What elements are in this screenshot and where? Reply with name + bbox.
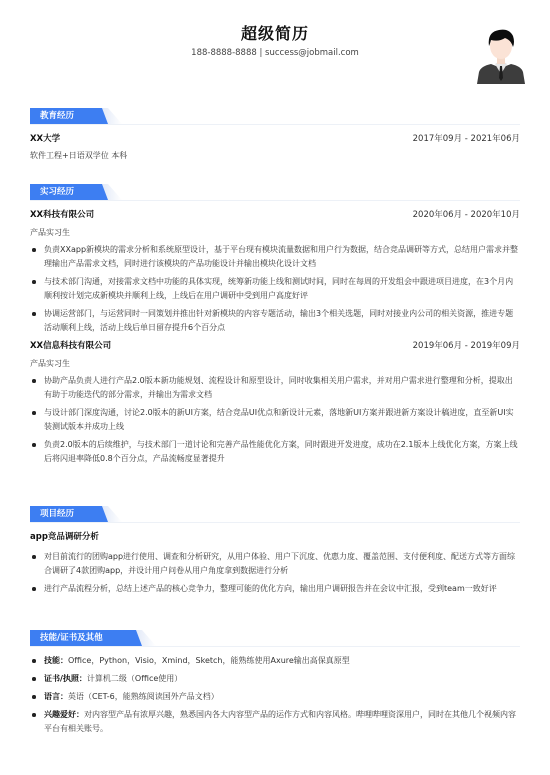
bullet-icon — [32, 443, 36, 447]
internship-entry: XX信息科技有限公司 2019年06月 - 2019年09月 — [30, 339, 520, 353]
section-projects: 项目经历 app竞品调研分析 对目前流行的团购app进行使用、调查和分析研究，从… — [30, 506, 520, 600]
section-title-projects: 项目经历 — [30, 506, 108, 522]
skills-list: 技能：Office，Python，Visio，Xmind，Sketch，能熟练使… — [30, 654, 520, 736]
list-item: 与设计部门深度沟通，讨论2.0版本的新UI方案，结合竞品UI优点和新设计元素，落… — [30, 406, 520, 434]
project-name: app竞品调研分析 — [30, 530, 99, 542]
candidate-name: 超级简历 — [0, 21, 550, 44]
bullet-icon — [32, 379, 36, 383]
contact-info: 188-8888-8888 | success@jobmail.com — [0, 48, 550, 58]
section-title-internship: 实习经历 — [30, 184, 108, 200]
section-header: 教育经历 — [30, 108, 520, 126]
school-name: XX大学 — [30, 132, 60, 144]
education-date: 2017年09月 - 2021年06月 — [413, 132, 520, 144]
education-detail: 软件工程+日语双学位 本科 — [30, 150, 520, 162]
bullet-icon — [32, 677, 36, 681]
list-item: 协助产品负责人进行产品2.0版本新功能规划、流程设计和原型设计，同时收集相关用户… — [30, 374, 520, 402]
internship-entry: XX科技有限公司 2020年06月 - 2020年10月 — [30, 208, 520, 222]
list-item: 进行产品流程分析，总结上述产品的核心竞争力，整理可能的优化方向，输出用户调研报告… — [30, 582, 520, 596]
person-avatar-icon — [471, 24, 531, 84]
section-header: 实习经历 — [30, 184, 520, 202]
bullet-icon — [32, 555, 36, 559]
section-title-skills: 技能/证书及其他 — [30, 630, 142, 646]
bullet-icon — [32, 280, 36, 284]
list-item: 对目前流行的团购app进行使用、调查和分析研究，从用户体验、用户下沉度、优惠力度… — [30, 550, 520, 578]
list-item: 与技术部门沟通，对接需求文档中功能的具体实现，统筹新功能上线和测试时间，同时在每… — [30, 275, 520, 303]
list-item: 负责2.0版本的后续维护，与技术部门一道讨论和完善产品性能优化方案，同时跟进开发… — [30, 438, 520, 466]
divider — [30, 124, 520, 125]
project-entry: app竞品调研分析 — [30, 530, 520, 544]
bullet-icon — [32, 659, 36, 663]
responsibility-list: 协助产品负责人进行产品2.0版本新功能规划、流程设计和原型设计，同时收集相关用户… — [30, 374, 520, 466]
list-item-skills: 技能：Office，Python，Visio，Xmind，Sketch，能熟练使… — [30, 654, 520, 668]
section-education: 教育经历 XX大学 2017年09月 - 2021年06月 软件工程+日语双学位… — [30, 108, 520, 162]
job-role: 产品实习生 — [30, 227, 520, 239]
project-detail-list: 对目前流行的团购app进行使用、调查和分析研究，从用户体验、用户下沉度、优惠力度… — [30, 550, 520, 596]
divider — [30, 522, 520, 523]
divider — [30, 646, 520, 647]
list-item-hobbies: 兴趣爱好：对内容型产品有浓厚兴趣，熟悉国内各大内容型产品的运作方式和内容风格。哔… — [30, 708, 520, 736]
section-internship: 实习经历 XX科技有限公司 2020年06月 - 2020年10月 产品实习生 … — [30, 184, 520, 470]
list-item-languages: 语言：英语（CET-6，能熟练阅读国外产品文档） — [30, 690, 520, 704]
bullet-icon — [32, 695, 36, 699]
list-item-certificates: 证书/执照：计算机二级（Office使用） — [30, 672, 520, 686]
section-title-education: 教育经历 — [30, 108, 108, 124]
internship-date: 2020年06月 - 2020年10月 — [413, 208, 520, 220]
section-skills: 技能/证书及其他 技能：Office，Python，Visio，Xmind，Sk… — [30, 630, 520, 740]
bullet-icon — [32, 312, 36, 316]
section-header: 技能/证书及其他 — [30, 630, 520, 648]
bullet-icon — [32, 713, 36, 717]
bullet-icon — [32, 248, 36, 252]
responsibility-list: 负责XXapp新模块的需求分析和系统原型设计，基于平台现有模块流量数据和用户行为… — [30, 243, 520, 335]
divider — [30, 200, 520, 201]
list-item: 负责XXapp新模块的需求分析和系统原型设计，基于平台现有模块流量数据和用户行为… — [30, 243, 520, 271]
company-name: XX科技有限公司 — [30, 208, 94, 220]
education-entry: XX大学 2017年09月 - 2021年06月 — [30, 132, 520, 146]
internship-date: 2019年06月 - 2019年09月 — [413, 339, 520, 351]
bullet-icon — [32, 587, 36, 591]
list-item: 协调运营部门，与运营同时一同策划并推出针对新模块的内容专题活动，输出3个相关选题… — [30, 307, 520, 335]
section-header: 项目经历 — [30, 506, 520, 524]
bullet-icon — [32, 411, 36, 415]
resume-header: 超级简历 188-8888-8888 | success@jobmail.com — [0, 0, 550, 100]
job-role: 产品实习生 — [30, 358, 520, 370]
company-name: XX信息科技有限公司 — [30, 339, 111, 351]
resume-page: 超级简历 188-8888-8888 | success@jobmail.com — [0, 0, 550, 775]
